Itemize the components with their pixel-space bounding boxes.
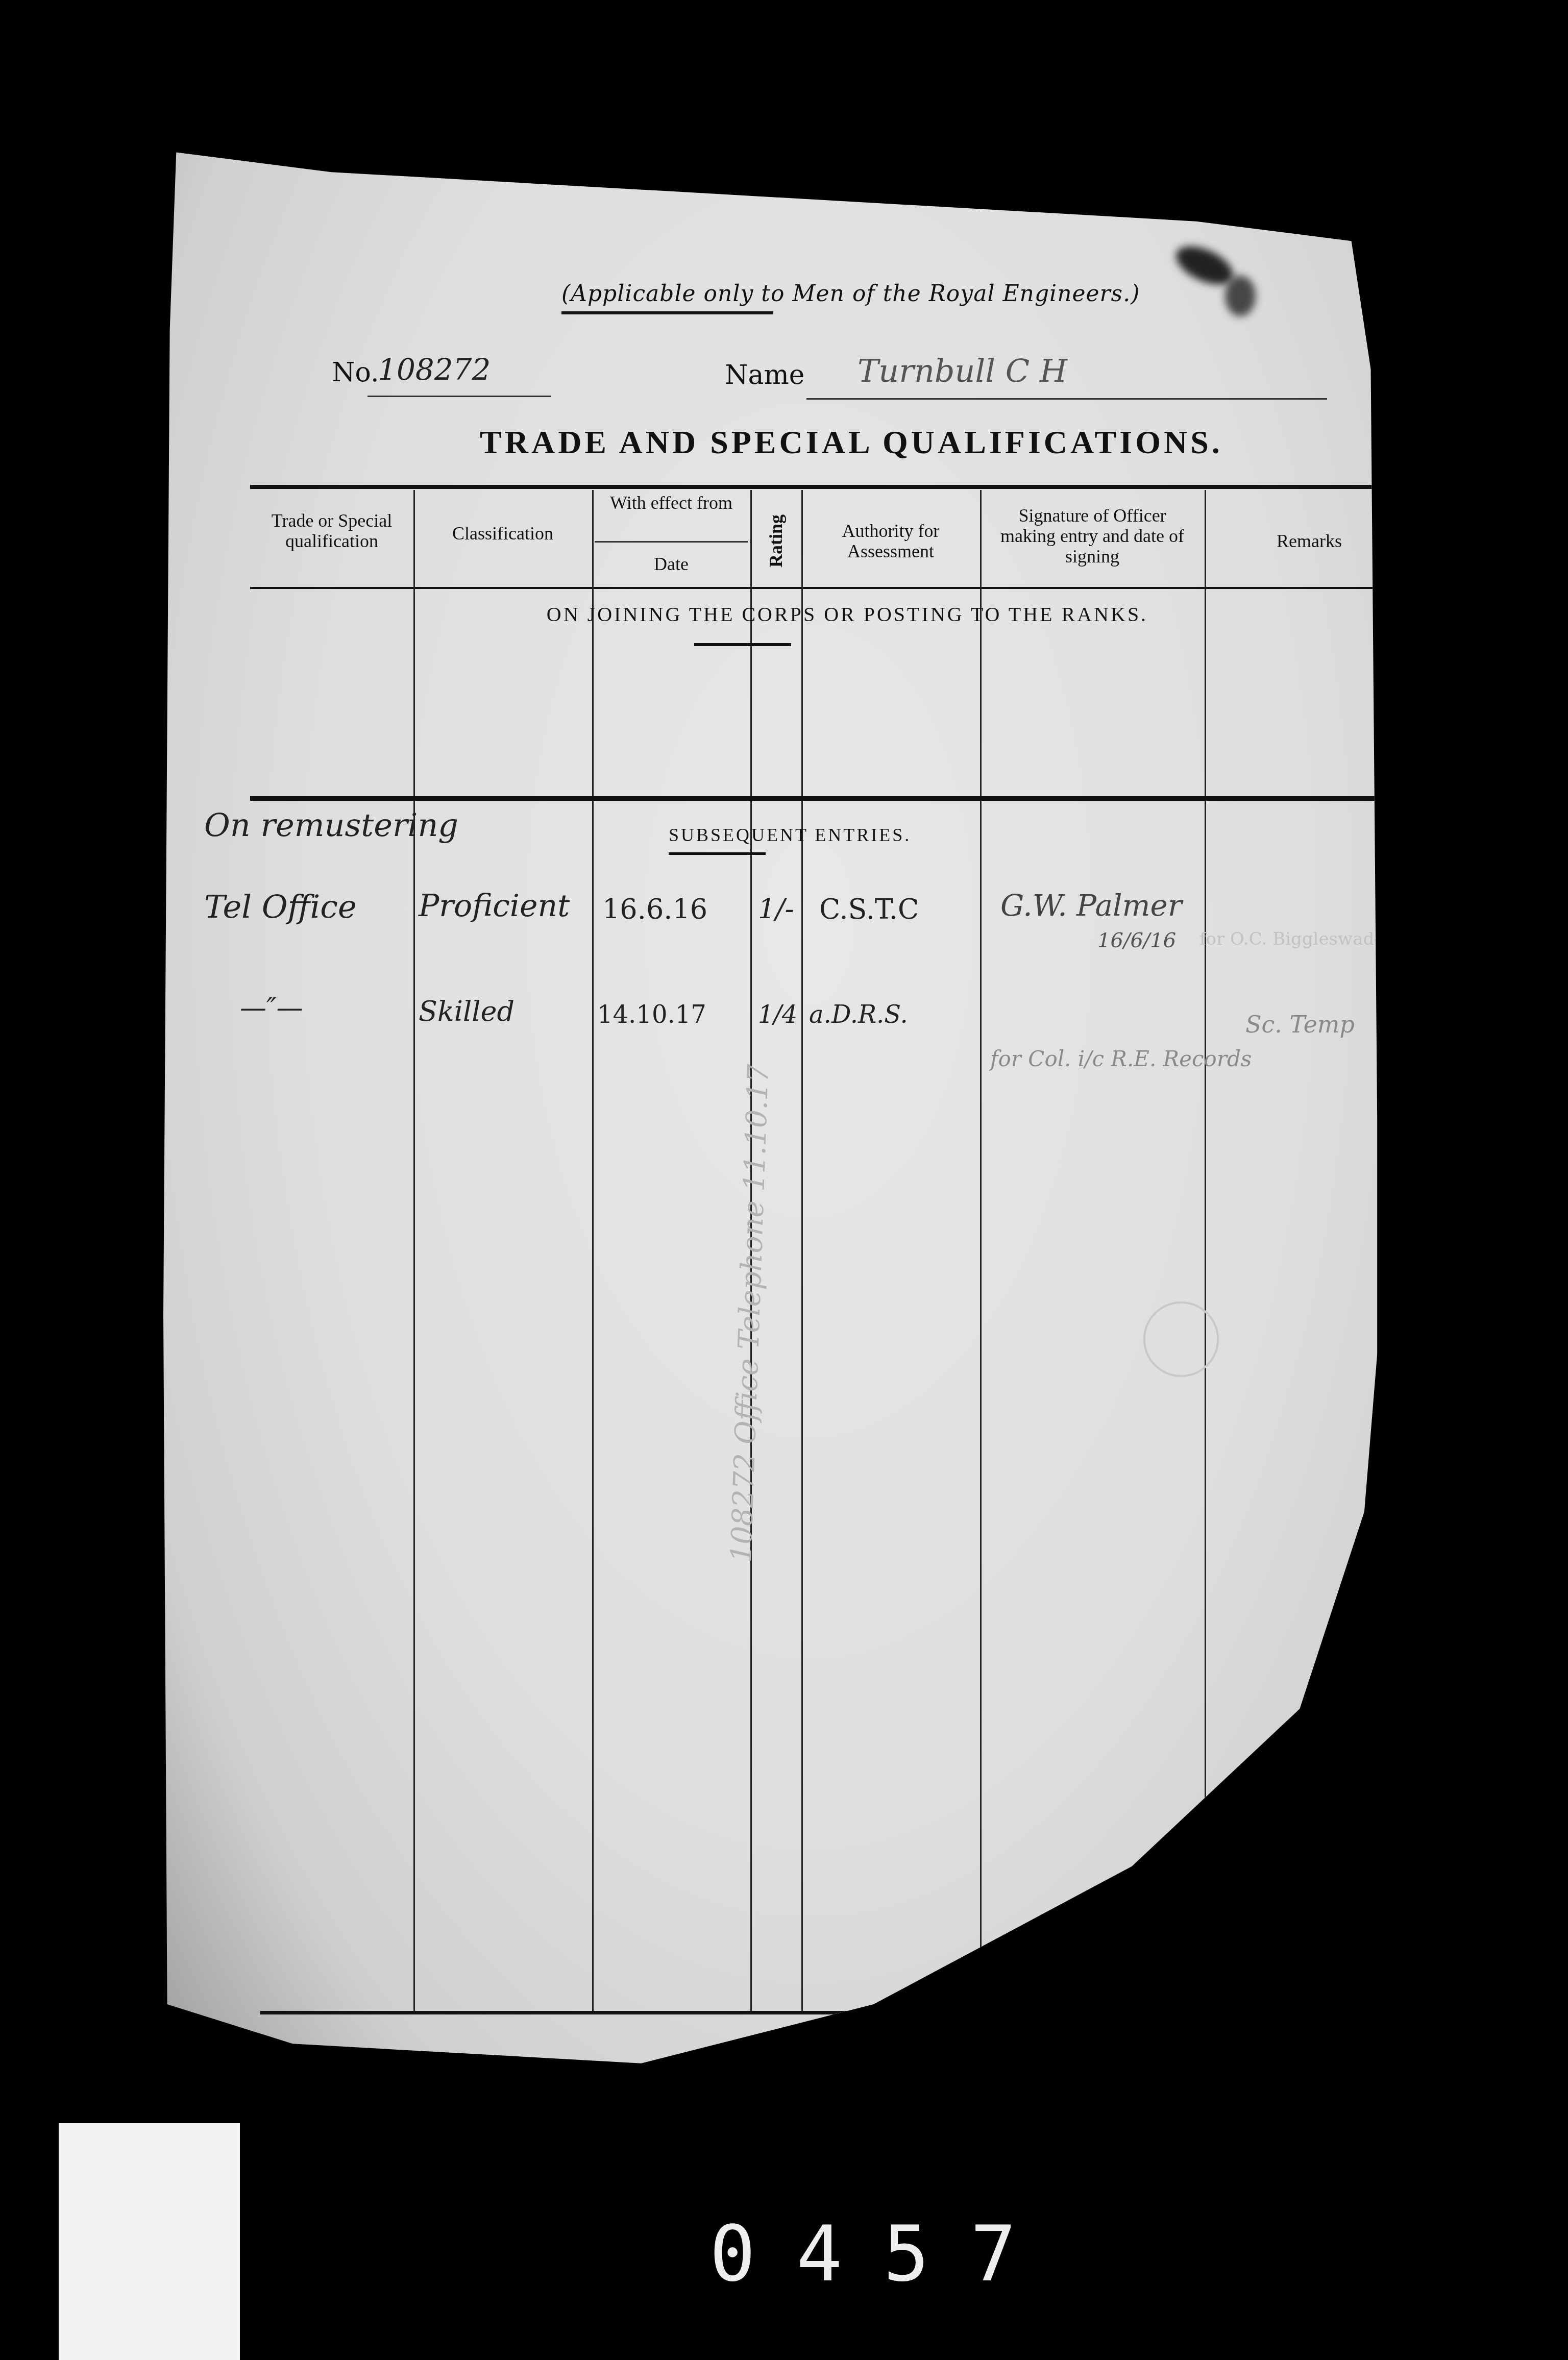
row2-authority: a.D.R.S. [809,1000,908,1029]
column-divider [801,490,803,2011]
bleed-through-stamp: for O.C. Biggleswade [1199,929,1384,949]
row1-classification: Proficient [419,888,570,924]
column-divider [1205,490,1206,2011]
section-underline [669,852,766,855]
col-header-classification: Classification [413,523,592,544]
col-header-signature: Signature of Officer making entry and da… [990,505,1194,567]
section-on-joining: ON JOINING THE CORPS OR POSTING TO THE R… [311,602,1383,626]
row2-signature: for Col. i/c R.E. Records [990,1046,1252,1071]
joining-section-bottom-rule [250,796,1404,801]
col-header-date: Date [595,554,748,574]
row1-date: 16.6.16 [602,893,707,925]
applicability-note: (Applicable only to Men of the Royal Eng… [561,281,1140,307]
col-header-rating: Rating [766,500,786,582]
row1-signature: G.W. Palmer [1000,888,1182,923]
row1-rating: 1/- [758,893,794,925]
section-underline [694,643,791,646]
ink-stain [1225,276,1256,316]
number-value: 108272 [378,352,491,387]
row1-trade: Tel Office [204,888,357,925]
number-underline [367,396,551,397]
row2-rating: 1/4 [758,1000,797,1029]
note-underline [561,311,773,314]
column-divider [980,490,982,2011]
frame-counter: 0457 [709,2210,1057,2299]
bleed-through-column-text: 108272 Office Telephone 11.10.17 [725,1064,775,1563]
subsequent-note: On remustering [204,806,458,844]
header-bottom-rule [250,587,1404,589]
document-page: (Applicable only to Men of the Royal Eng… [163,133,1455,2103]
name-underline [806,398,1327,400]
row1-signature-date: 16/6/16 [1097,929,1176,952]
row2-classification: Skilled [419,995,514,1027]
table-bottom-rule [260,2011,1210,2014]
name-label: Name [725,360,805,390]
number-label: No. [332,357,379,388]
row2-trade-ditto: —″— [240,993,303,1023]
col-header-remarks: Remarks [1215,531,1404,551]
column-divider [592,490,594,2011]
calibration-tab [59,2123,240,2360]
col-header-authority: Authority for Assessment [812,521,970,561]
table-top-rule [250,485,1404,489]
row2-date: 14.10.17 [597,1000,706,1029]
name-value: Turnbull C H [857,352,1067,389]
with-effect-divider [595,541,748,543]
circle-stain [1143,1301,1219,1377]
section-subsequent: SUBSEQUENT ENTRIES. [669,824,911,846]
form-title: TRADE AND SPECIAL QUALIFICATIONS. [480,424,1223,461]
row1-authority: C.S.T.C [819,893,919,925]
col-header-with-effect-from: With effect from [607,493,735,513]
row2-remarks: Sc. Temp [1245,1011,1355,1038]
col-header-trade: Trade or Special qualification [250,510,413,551]
column-divider [413,490,415,2011]
